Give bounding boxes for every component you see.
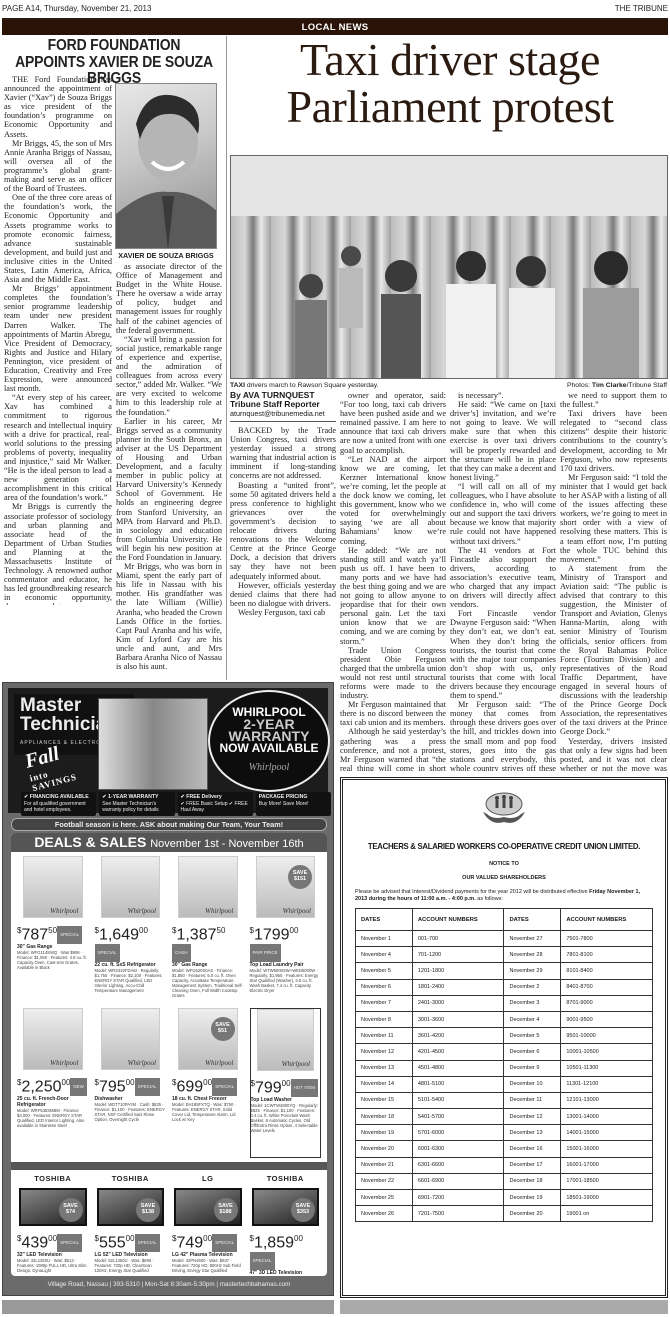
- paragraph: Taxi drivers have been relegated to “sec…: [560, 409, 667, 473]
- table-cell: December 13: [504, 1125, 561, 1141]
- feature-box: ✔ 1-YEAR WARRANTYSee Master Technician's…: [99, 792, 174, 816]
- product-price: $79900HOT ITEM: [251, 1075, 321, 1097]
- tv-price: $74900SPECIAL: [172, 1230, 244, 1252]
- paragraph: Earlier in his career, Mr Briggs served …: [116, 417, 222, 563]
- table-cell: 3601-4200: [412, 1028, 504, 1044]
- column-header: DATES: [356, 909, 413, 931]
- paragraph: A statement from the Ministry of Transpo…: [560, 564, 667, 737]
- byline-rule: [230, 421, 336, 422]
- appliance-image-icon: Whirlpool: [23, 856, 83, 918]
- table-cell: 16001-17000: [561, 1157, 653, 1173]
- table-cell: 2401-3000: [412, 995, 504, 1011]
- folio-publication: THE TRIBUNE: [615, 4, 668, 16]
- feature-box: PACKAGE PRICINGBuy More! Save More!: [256, 792, 331, 816]
- price-dollars: 1,387: [176, 926, 216, 943]
- table-row: November 155101-5400December 1112101-130…: [356, 1092, 653, 1108]
- table-cell: December 6: [504, 1044, 561, 1060]
- deals-dates: November 1st - November 16th: [150, 838, 303, 850]
- television-image-icon: SAVE $353: [252, 1188, 320, 1226]
- whirlpool-logo: Whirlpool: [205, 1059, 233, 1067]
- price-cents: 50: [217, 926, 226, 935]
- table-cell: 4201-4500: [412, 1044, 504, 1060]
- portrait-figure-icon: [116, 84, 217, 249]
- price-tag: SPECIAL: [57, 926, 82, 944]
- table-row: November 83001-3600December 49001-9500: [356, 1011, 653, 1027]
- whirlpool-logo: Whirlpool: [128, 907, 156, 915]
- deals-title: DEALS & SALES: [34, 834, 146, 850]
- table-cell: November 27: [504, 931, 561, 947]
- notice-intro: Please be advised that Interest/Dividend…: [355, 889, 653, 903]
- tv-name: 47" 3D LED Television: [250, 1270, 322, 1276]
- price-cents: 00: [62, 1078, 71, 1087]
- ad-bottom-bar: [2, 1300, 334, 1314]
- price-dollars: 1799: [254, 926, 290, 943]
- appliance-image-icon: Whirlpool: [178, 856, 238, 918]
- price-dollars: 787: [21, 926, 48, 943]
- price-tag: SPECIAL: [212, 1234, 237, 1252]
- table-row: November 226601-6900December 1817001-185…: [356, 1173, 653, 1189]
- paragraph: Boasting a “united front”, some 50 agita…: [230, 481, 336, 581]
- credit-prefix: Photos:: [567, 382, 592, 389]
- table-cell: 10501-11300: [561, 1060, 653, 1076]
- table-cell: November 6: [356, 979, 413, 995]
- intro-tail: as follows:: [476, 896, 503, 902]
- paragraph: Mr Briggs is currently the associate pro…: [4, 502, 112, 605]
- whirlpool-logo: Whirlpool: [282, 1060, 310, 1068]
- paragraph: Fort Fincastle vendor Dwayne Ferguson sa…: [450, 609, 556, 700]
- briggs-photo-caption: XAVIER DE SOUZA BRIGGS: [115, 251, 217, 260]
- price-dollars: 799: [255, 1079, 282, 1096]
- product-price: $179900PAIR PRICE: [250, 922, 322, 962]
- table-cell: 13001-14000: [561, 1109, 653, 1125]
- product-card[interactable]: Whirlpool$79500SPECIALDishwasherModel: W…: [95, 1008, 167, 1158]
- column-header: ACCOUNT NUMBERS: [561, 909, 653, 931]
- paragraph: BACKED by the Trade Union Congress, taxi…: [230, 426, 336, 481]
- paragraph: is necessary”.: [450, 391, 556, 400]
- product-details: Model: WDT710PAYM · Cash: $825 · Finance…: [95, 1102, 167, 1122]
- table-cell: 6601-6900: [412, 1173, 504, 1189]
- product-details: Model: WTW5000SW+WED5000W · Regularly: $…: [250, 968, 322, 993]
- table-row: November 72401-3000December 38701-9000: [356, 995, 653, 1011]
- product-card[interactable]: Whirlpool$1,38750CASH30" Gas RangeModel:…: [172, 856, 244, 1006]
- table-cell: November 7: [356, 995, 413, 1011]
- warranty-line3: NOW AVAILABLE: [210, 742, 328, 754]
- table-cell: November 20: [356, 1141, 413, 1157]
- paragraph: owner and operator, said: “For too long,…: [340, 391, 446, 455]
- product-card[interactable]: WhirlpoolSAVE $51$69900SPECIAL18 cu. ft.…: [172, 1008, 244, 1158]
- paragraph: THE Ford Foundation has announced the ap…: [4, 75, 112, 139]
- table-cell: December 19: [504, 1190, 561, 1206]
- credit-suffix: /Tribune Staff: [627, 382, 667, 389]
- price-cents: 00: [126, 1078, 135, 1087]
- football-banner: Football season is here. ASK about makin…: [11, 818, 327, 831]
- feature-text: ✔ FREE Basic Setup ✔ FREE Haul Away: [181, 801, 248, 814]
- price-dollars: 699: [176, 1078, 203, 1095]
- price-tag: PAIR PRICE: [250, 944, 281, 962]
- paragraph: He added: “We are not standing still and…: [340, 546, 446, 646]
- warranty-badge: WHIRLPOOL 2-YEAR WARRANTY NOW AVAILABLE …: [208, 690, 330, 792]
- table-cell: 5401-5700: [412, 1109, 504, 1125]
- table-cell: November 12: [356, 1044, 413, 1060]
- table-cell: 15001-16000: [561, 1141, 653, 1157]
- tv-details: Model: 42PN4500 · Was: $937 · Features: …: [172, 1258, 244, 1273]
- price-tag: CASH: [172, 944, 191, 962]
- notice-bottom-bar: [340, 1300, 668, 1314]
- credit-union-name: TEACHERS & SALARIED WORKERS CO-OPERATIVE…: [362, 842, 645, 851]
- byline-role: Tribune Staff Reporter: [230, 400, 336, 409]
- paragraph: Mr Briggs, 45, the son of Mrs Annie Aran…: [4, 139, 112, 194]
- save-badge: SAVE $51: [211, 1017, 235, 1041]
- table-row: November 206001-6300December 1615001-160…: [356, 1141, 653, 1157]
- product-price: $1,38750CASH: [172, 922, 244, 962]
- taxi-photo-caption: TAXI drivers march to Rawson Square yest…: [230, 382, 379, 389]
- product-name: 25 cu. ft. French-Door Refrigerator: [17, 1096, 89, 1108]
- paragraph: “Let NAD at the airport know we are comi…: [340, 455, 446, 546]
- price-cents: 00: [294, 1234, 303, 1243]
- whirlpool-logo: Whirlpool: [210, 762, 328, 774]
- paragraph: Mr Ferguson said: “I told the minister t…: [560, 473, 667, 564]
- table-cell: 4501-4800: [412, 1060, 504, 1076]
- table-cell: 3001-3600: [412, 1011, 504, 1027]
- price-dollars: 555: [99, 1234, 126, 1251]
- caption-text: drivers march to Rawson Square yesterday…: [245, 382, 379, 389]
- table-cell: 7801-8100: [561, 947, 653, 963]
- whirlpool-logo: Whirlpool: [50, 1059, 78, 1067]
- price-tag: HOT ITEM: [291, 1079, 318, 1097]
- table-cell: 17001-18500: [561, 1173, 653, 1189]
- appliance-image-icon: WhirlpoolSAVE $151: [256, 856, 316, 918]
- product-grid: Whirlpool$78750SPECIAL30" Gas RangeModel…: [11, 852, 327, 1162]
- ad-footer[interactable]: Village Road, Nassau | 393-5310 | Mon-Sa…: [11, 1279, 327, 1291]
- paragraph: Mr Ferguson maintained that there is no …: [340, 700, 446, 727]
- tv-brand-logo: TOSHIBA: [95, 1174, 167, 1184]
- television-image-icon: SAVE $138: [97, 1188, 165, 1226]
- table-cell: 5701-6000: [412, 1125, 504, 1141]
- whirlpool-logo: Whirlpool: [50, 907, 78, 915]
- paragraph: we need to support them to the fullest.”: [560, 391, 667, 409]
- deals-title-bar: DEALS & SALES November 1st - November 16…: [11, 833, 327, 852]
- paragraph: “Xav will bring a passion for social jus…: [116, 335, 222, 417]
- deals-panel: DEALS & SALES November 1st - November 16…: [11, 833, 327, 1276]
- page-folio: PAGE A14, Thursday, November 21, 2013 TH…: [2, 4, 668, 16]
- tv-brand-logo: LG: [172, 1174, 244, 1184]
- product-details: Model: EH185FXTQ · Was: $750 · Features:…: [172, 1102, 244, 1122]
- save-badge: SAVE $74: [59, 1198, 83, 1222]
- price-dollars: 2,250: [21, 1078, 61, 1095]
- appliance-stack-icon: [98, 698, 208, 790]
- table-body: November 1001-700November 277501-7800Nov…: [356, 931, 653, 1222]
- appliance-image-icon: Whirlpool: [23, 1008, 83, 1070]
- table-cell: 4801-5100: [412, 1076, 504, 1092]
- table-cell: 6301-6600: [412, 1157, 504, 1173]
- tv-card[interactable]: TOSHIBASAVE $74$43900SPECIAL32" LED Tele…: [17, 1174, 89, 1276]
- table-cell: November 8: [356, 1011, 413, 1027]
- byline-email[interactable]: aturnquest@tribunemedia.net: [230, 409, 336, 418]
- table-cell: November 28: [504, 947, 561, 963]
- price-cents: 00: [203, 1234, 212, 1243]
- notice-subheading: OUR VALUED SHAREHOLDERS: [355, 875, 653, 881]
- column-header: ACCOUNT NUMBERS: [412, 909, 504, 931]
- table-cell: December 16: [504, 1141, 561, 1157]
- price-tag: SPECIAL: [95, 944, 120, 962]
- product-price: $2,25000NEW: [17, 1074, 89, 1096]
- table-cell: November 14: [356, 1076, 413, 1092]
- crowd-figures-icon: [231, 156, 668, 379]
- table-cell: December 11: [504, 1092, 561, 1108]
- table-cell: 14001-15000: [561, 1125, 653, 1141]
- paragraph: as associate director of the Office of M…: [116, 262, 222, 335]
- whirlpool-logo: Whirlpool: [283, 907, 311, 915]
- paragraph: Mr Briggs’ appointment completes the fou…: [4, 284, 112, 393]
- product-price: $79500SPECIAL: [95, 1074, 167, 1096]
- table-row: November 61801-2400December 28401-8700: [356, 979, 653, 995]
- table-cell: December 3: [504, 995, 561, 1011]
- appliance-image-icon: WhirlpoolSAVE $51: [178, 1008, 238, 1070]
- product-card[interactable]: Whirlpool$2,25000NEW25 cu. ft. French-Do…: [17, 1008, 89, 1158]
- caption-lead: TAXI: [230, 382, 245, 389]
- product-price: $69900SPECIAL: [172, 1074, 244, 1096]
- tv-card[interactable]: TOSHIBASAVE $353$1,85900SPECIAL47" 3D LE…: [250, 1174, 322, 1276]
- paragraph: Although he said yesterday’s gathering w…: [340, 727, 446, 771]
- ford-column-1: THE Ford Foundation has announced the ap…: [4, 75, 112, 605]
- table-cell: December 18: [504, 1173, 561, 1189]
- table-row: November 185401-5700December 1213001-140…: [356, 1109, 653, 1125]
- taxi-column-4: we need to support them to the fullest.”…: [560, 391, 667, 771]
- table-cell: November 18: [356, 1109, 413, 1125]
- table-row: November 1001-700November 277501-7800: [356, 931, 653, 947]
- price-tag: SPECIAL: [135, 1078, 160, 1096]
- product-card[interactable]: WhirlpoolSAVE $151$179900PAIR PRICETop L…: [250, 856, 322, 1006]
- credit-union-logo-icon: [477, 792, 531, 828]
- price-tag: SPECIAL: [250, 1252, 275, 1270]
- whirlpool-logo: Whirlpool: [205, 907, 233, 915]
- taxi-column-2: owner and operator, said: “For too long,…: [340, 391, 446, 771]
- price-tag: SPECIAL: [57, 1234, 82, 1252]
- table-cell: 9001-9500: [561, 1011, 653, 1027]
- section-banner: LOCAL NEWS: [2, 20, 668, 35]
- tv-brand-logo: TOSHIBA: [17, 1174, 89, 1184]
- price-tag: SPECIAL: [212, 1078, 237, 1096]
- table-cell: November 4: [356, 947, 413, 963]
- payment-schedule-table: DATESACCOUNT NUMBERSDATESACCOUNT NUMBERS…: [355, 908, 653, 1222]
- save-badge: SAVE $188: [214, 1198, 238, 1222]
- price-dollars: 749: [176, 1234, 203, 1251]
- product-details: Model: WRF535SMBM · Finance: $3,000 · Fe…: [17, 1108, 89, 1128]
- paragraph: Trade Union Congress president Obie Ferg…: [340, 646, 446, 701]
- feature-box: ✔ FREE Delivery✔ FREE Basic Setup ✔ FREE…: [178, 792, 253, 816]
- paragraph: The 41 vendors at Fort Fincastle also su…: [450, 546, 556, 610]
- save-badge: SAVE $151: [288, 865, 312, 889]
- tv-price: $43900SPECIAL: [17, 1230, 89, 1252]
- table-cell: 8101-8400: [561, 963, 653, 979]
- table-cell: November 26: [356, 1206, 413, 1222]
- byline: By AVA TURNQUEST Tribune Staff Reporter …: [230, 391, 336, 419]
- notice-heading: NOTICE TO: [355, 861, 653, 867]
- table-row: November 144801-5100December 1011301-121…: [356, 1076, 653, 1092]
- tv-details: Model: 32L1350U · Was: $513 · Features: …: [17, 1258, 89, 1273]
- price-cents: 00: [203, 1078, 212, 1087]
- table-cell: December 17: [504, 1157, 561, 1173]
- paragraph: Mr Briggs, who was born in Miami, spent …: [116, 562, 222, 671]
- product-card[interactable]: Whirlpool$1,64900SPECIAL22 cu. ft. SxS R…: [95, 856, 167, 1006]
- price-cents: 00: [48, 1234, 57, 1243]
- intro-text: Please be advised that Interest/Dividend…: [355, 889, 589, 895]
- table-cell: 6001-6300: [412, 1141, 504, 1157]
- paragraph: Yesterday, drivers insisted that only a …: [560, 737, 667, 771]
- table-cell: 8401-8700: [561, 979, 653, 995]
- table-cell: 11301-12100: [561, 1076, 653, 1092]
- table-cell: November 29: [504, 963, 561, 979]
- paragraph: “I will call on all of my colleagues, wh…: [450, 482, 556, 546]
- product-details: Model: WFG114SWQ · Was $906 · Finance: $…: [17, 950, 89, 970]
- table-cell: December 4: [504, 1011, 561, 1027]
- table-cell: 19001 on: [561, 1206, 653, 1222]
- table-cell: 18501-19000: [561, 1190, 653, 1206]
- save-badge: SAVE $353: [291, 1198, 315, 1222]
- column-header: DATES: [504, 909, 561, 931]
- product-details: Model: WFG520S0AS · Finance: $1,850 · Fe…: [172, 968, 244, 998]
- table-row: November 134501-4800December 910501-1130…: [356, 1060, 653, 1076]
- table-cell: December 5: [504, 1028, 561, 1044]
- feature-box: ✔ FINANCING AVAILABLEFor all qualified g…: [21, 792, 96, 816]
- tv-price: $1,85900SPECIAL: [250, 1230, 322, 1270]
- table-cell: 10001-10500: [561, 1044, 653, 1060]
- warranty-line2: 2-YEAR WARRANTY: [210, 718, 328, 742]
- price-cents: 00: [139, 926, 148, 935]
- table-cell: 7201-7500: [412, 1206, 504, 1222]
- credit-union-notice: TEACHERS & SALARIED WORKERS CO-OPERATIVE…: [340, 777, 668, 1298]
- price-tag: NEW: [70, 1078, 87, 1096]
- product-card[interactable]: Whirlpool$78750SPECIAL30" Gas RangeModel…: [17, 856, 89, 1006]
- feature-text: For all qualified government and hotel e…: [24, 801, 86, 814]
- table-cell: December 12: [504, 1109, 561, 1125]
- briggs-portrait-photo: [115, 83, 217, 249]
- table-cell: November 19: [356, 1125, 413, 1141]
- table-cell: December 2: [504, 979, 561, 995]
- price-dollars: 439: [21, 1234, 48, 1251]
- table-cell: 701-1200: [412, 947, 504, 963]
- table-cell: 001-700: [412, 931, 504, 947]
- tv-card[interactable]: LGSAVE $188$74900SPECIALLG 42" Plasma Te…: [172, 1174, 244, 1276]
- table-cell: 8701-9000: [561, 995, 653, 1011]
- feature-boxes: ✔ FINANCING AVAILABLEFor all qualified g…: [21, 792, 331, 816]
- table-cell: November 5: [356, 963, 413, 979]
- table-row: November 267201-7500December 2019001 on: [356, 1206, 653, 1222]
- table-cell: November 25: [356, 1190, 413, 1206]
- taxi-column-1: BACKED by the Trade Union Congress, taxi…: [230, 426, 336, 680]
- table-cell: 7501-7800: [561, 931, 653, 947]
- price-cents: 00: [126, 1234, 135, 1243]
- taxi-column-3: is necessary”.He said: “We came on [taxi…: [450, 391, 556, 771]
- table-cell: November 21: [356, 1157, 413, 1173]
- table-cell: 5101-5400: [412, 1092, 504, 1108]
- table-row: November 216301-6600December 1716001-170…: [356, 1157, 653, 1173]
- taxi-protest-photo: [230, 155, 668, 379]
- tv-price: $55500SPECIAL: [95, 1230, 167, 1252]
- paragraph: “At every step of his career, Xav has co…: [4, 393, 112, 502]
- price-cents: 50: [48, 926, 57, 935]
- table-row: November 195701-6000December 1314001-150…: [356, 1125, 653, 1141]
- photo-credit: Photos: Tim Clarke/Tribune Staff: [567, 382, 667, 389]
- appliance-image-icon: Whirlpool: [257, 1009, 315, 1071]
- television-image-icon: SAVE $188: [174, 1188, 242, 1226]
- feature-text: Buy More! Save More!: [259, 801, 309, 807]
- product-price: $1,64900SPECIAL: [95, 922, 167, 962]
- table-cell: 1201-1800: [412, 963, 504, 979]
- ad-hero: Master Technicians APPLIANCES & ELECTRON…: [8, 688, 328, 813]
- table-cell: 1801-2400: [412, 979, 504, 995]
- table-header-row: DATESACCOUNT NUMBERSDATESACCOUNT NUMBERS: [356, 909, 653, 931]
- product-card[interactable]: Whirlpool$79900HOT ITEMTop Load WasherMo…: [250, 1008, 322, 1158]
- paragraph: One of the three core areas of the found…: [4, 193, 112, 284]
- tv-brand-logo: TOSHIBA: [250, 1174, 322, 1184]
- product-price: $78750SPECIAL: [17, 922, 89, 944]
- whirlpool-logo: Whirlpool: [128, 1059, 156, 1067]
- paragraph: However, officials yesterday denied clai…: [230, 581, 336, 608]
- table-cell: December 9: [504, 1060, 561, 1076]
- television-image-icon: SAVE $74: [19, 1188, 87, 1226]
- credit-name: Tim Clarke: [592, 382, 627, 389]
- ford-column-2: as associate director of the Office of M…: [116, 262, 222, 680]
- feature-text: See Master Technician's warranty policy …: [102, 801, 158, 814]
- table-row: November 124201-4500December 610001-1050…: [356, 1044, 653, 1060]
- tv-grid: TOSHIBASAVE $74$43900SPECIAL32" LED Tele…: [11, 1162, 327, 1276]
- folio-page-date: PAGE A14, Thursday, November 21, 2013: [2, 4, 151, 16]
- tv-card[interactable]: TOSHIBASAVE $138$55500SPECIALLG 52" LED …: [95, 1174, 167, 1276]
- table-cell: 6901-7200: [412, 1190, 504, 1206]
- table-cell: 9501-10000: [561, 1028, 653, 1044]
- price-dollars: 1,649: [99, 926, 139, 943]
- price-cents: 00: [290, 926, 299, 935]
- column-divider: [226, 36, 227, 680]
- price-cents: 00: [282, 1079, 291, 1088]
- appliance-image-icon: Whirlpool: [101, 856, 161, 918]
- paragraph: Mr Ferguson said: “The money that comes …: [450, 700, 556, 771]
- table-row: November 51201-1800November 298101-8400: [356, 963, 653, 979]
- table-row: November 113601-4200December 59501-10000: [356, 1028, 653, 1044]
- table-cell: December 20: [504, 1206, 561, 1222]
- table-cell: November 15: [356, 1092, 413, 1108]
- price-dollars: 795: [99, 1078, 126, 1095]
- table-cell: November 11: [356, 1028, 413, 1044]
- price-tag: SPECIAL: [135, 1234, 160, 1252]
- table-cell: 12101-13000: [561, 1092, 653, 1108]
- tv-details: Model: 52L1350U · Was: $695 · Features: …: [95, 1258, 167, 1273]
- table-cell: November 1: [356, 931, 413, 947]
- table-cell: November 13: [356, 1060, 413, 1076]
- taxi-headline: Taxi driver stage Parliament protest: [232, 36, 668, 130]
- paragraph: Wesley Ferguson, taxi cab: [230, 608, 336, 617]
- table-row: November 4701-1200November 287801-8100: [356, 947, 653, 963]
- product-details: Model: 1CWTW4800YQ · Regularly: $825 · F…: [251, 1103, 321, 1133]
- appliance-image-icon: Whirlpool: [101, 1008, 161, 1070]
- save-badge: SAVE $138: [136, 1198, 160, 1222]
- table-row: November 256901-7200December 1918501-190…: [356, 1190, 653, 1206]
- master-technicians-ad[interactable]: Master Technicians APPLIANCES & ELECTRON…: [2, 682, 334, 1296]
- table-cell: November 22: [356, 1173, 413, 1189]
- product-details: Model: WRS322FDAM · Regularly: $1,755 · …: [95, 968, 167, 993]
- price-dollars: 1,859: [254, 1234, 294, 1251]
- table-cell: December 10: [504, 1076, 561, 1092]
- paragraph: He said: “We came on [taxi driver’s] inv…: [450, 400, 556, 482]
